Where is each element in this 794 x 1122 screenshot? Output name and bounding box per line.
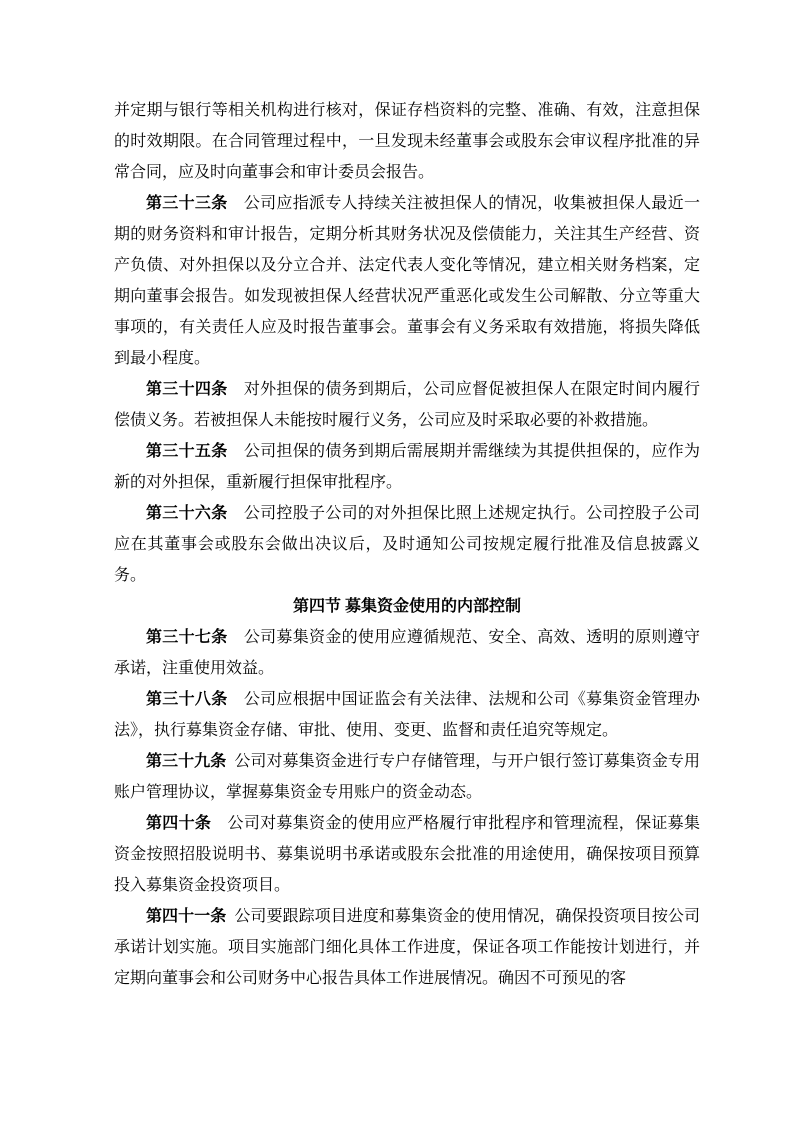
paragraph-article-40: 第四十条 公司对募集资金的使用应严格履行审批程序和管理流程，保证募集资金按照招股… xyxy=(114,808,700,901)
paragraph-text: 公司应指派专人持续关注被担保人的情况，收集被担保人最近一期的财务资料和审计报告，… xyxy=(114,195,700,367)
paragraph-article-41: 第四十一条 公司要跟踪项目进度和募集资金的使用情况，确保投资项目按公司承诺计划实… xyxy=(114,901,700,994)
article-number: 第四十条 xyxy=(146,815,211,832)
article-number: 第三十九条 xyxy=(146,753,226,770)
article-number: 第四十一条 xyxy=(146,908,226,925)
paragraph-article-38: 第三十八条 公司应根据中国证监会有关法律、法规和公司《募集资金管理办法》，执行募… xyxy=(114,684,700,746)
paragraph-text: 并定期与银行等相关机构进行核对，保证存档资料的完整、准确、有效，注意担保的时效期… xyxy=(114,102,700,181)
document-page: 并定期与银行等相关机构进行核对，保证存档资料的完整、准确、有效，注意担保的时效期… xyxy=(0,0,794,1122)
article-number: 第三十六条 xyxy=(146,505,228,522)
article-number: 第三十八条 xyxy=(146,691,228,708)
paragraph-article-34: 第三十四条 对外担保的债务到期后，公司应督促被担保人在限定时间内履行偿债义务。若… xyxy=(114,374,700,436)
paragraph-article-36: 第三十六条 公司控股子公司的对外担保比照上述规定执行。公司控股子公司应在其董事会… xyxy=(114,498,700,591)
article-number: 第三十三条 xyxy=(146,195,228,212)
article-number: 第三十四条 xyxy=(146,381,228,398)
paragraph-article-37: 第三十七条 公司募集资金的使用应遵循规范、安全、高效、透明的原则遵守承诺，注重使… xyxy=(114,622,700,684)
paragraph-continuation: 并定期与银行等相关机构进行核对，保证存档资料的完整、准确、有效，注意担保的时效期… xyxy=(114,95,700,188)
paragraph-article-39: 第三十九条 公司对募集资金进行专户存储管理，与开户银行签订募集资金专用账户管理协… xyxy=(114,746,700,808)
article-number: 第三十七条 xyxy=(146,629,228,646)
paragraph-article-33: 第三十三条 公司应指派专人持续关注被担保人的情况，收集被担保人最近一期的财务资料… xyxy=(114,188,700,374)
article-number: 第三十五条 xyxy=(146,443,228,460)
paragraph-article-35: 第三十五条 公司担保的债务到期后需展期并需继续为其提供担保的，应作为新的对外担保… xyxy=(114,436,700,498)
section-heading: 第四节 募集资金使用的内部控制 xyxy=(114,591,700,622)
